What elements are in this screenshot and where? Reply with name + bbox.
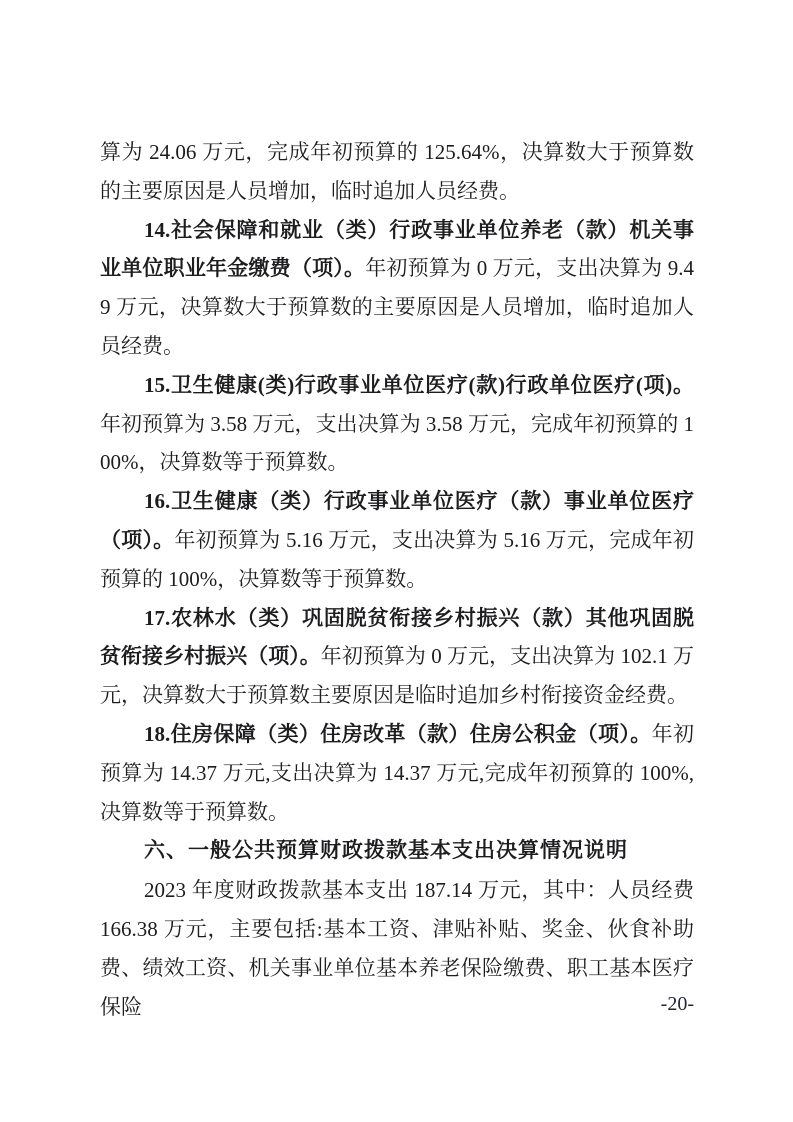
text-segment: 2023 年度财政拨款基本支出 187.14 万元，其中：人员经费 166.38…: [100, 878, 694, 1018]
document-content: 算为 24.06 万元，完成年初预算的 125.64%，决算数大于预算数的主要原…: [100, 133, 694, 1026]
text-segment: 算为 24.06 万元，完成年初预算的 125.64%，决算数大于预算数的主要原…: [100, 140, 694, 203]
text-segment: 18.住房保障（类）住房改革（款）住房公积金（项）。: [144, 722, 652, 746]
page-number: -20-: [661, 992, 694, 1016]
paragraph-item-16: 16.卫生健康（类）行政事业单位医疗（款）事业单位医疗（项）。年初预算为 5.1…: [100, 482, 694, 598]
document-page: 算为 24.06 万元，完成年初预算的 125.64%，决算数大于预算数的主要原…: [0, 0, 793, 1122]
paragraph-item-15: 15.卫生健康(类)行政事业单位医疗(款)行政单位医疗(项)。年初预算为 3.5…: [100, 366, 694, 482]
text-segment: 六、一般公共预算财政拨款基本支出决算情况说明: [144, 839, 628, 862]
text-segment: 年初预算为 5.16 万元，支出决算为 5.16 万元，完成年初预算的 100%…: [100, 528, 694, 591]
paragraph-item-13-continuation: 算为 24.06 万元，完成年初预算的 125.64%，决算数大于预算数的主要原…: [100, 133, 694, 211]
text-segment: 年初预算为 3.58 万元，支出决算为 3.58 万元，完成年初预算的 100%…: [100, 412, 694, 475]
paragraph-item-17: 17.农林水（类）巩固脱贫衔接乡村振兴（款）其他巩固脱贫衔接乡村振兴（项）。年初…: [100, 599, 694, 715]
text-segment: 15.卫生健康(类)行政事业单位医疗(款)行政单位医疗(项)。: [144, 373, 694, 397]
paragraph-section-6-body: 2023 年度财政拨款基本支出 187.14 万元，其中：人员经费 166.38…: [100, 871, 694, 1026]
paragraph-item-14: 14.社会保障和就业（类）行政事业单位养老（款）机关事业单位职业年金缴费（项）。…: [100, 211, 694, 366]
paragraph-item-18: 18.住房保障（类）住房改革（款）住房公积金（项）。年初预算为 14.37 万元…: [100, 715, 694, 831]
section-heading: 六、一般公共预算财政拨款基本支出决算情况说明: [100, 831, 694, 871]
